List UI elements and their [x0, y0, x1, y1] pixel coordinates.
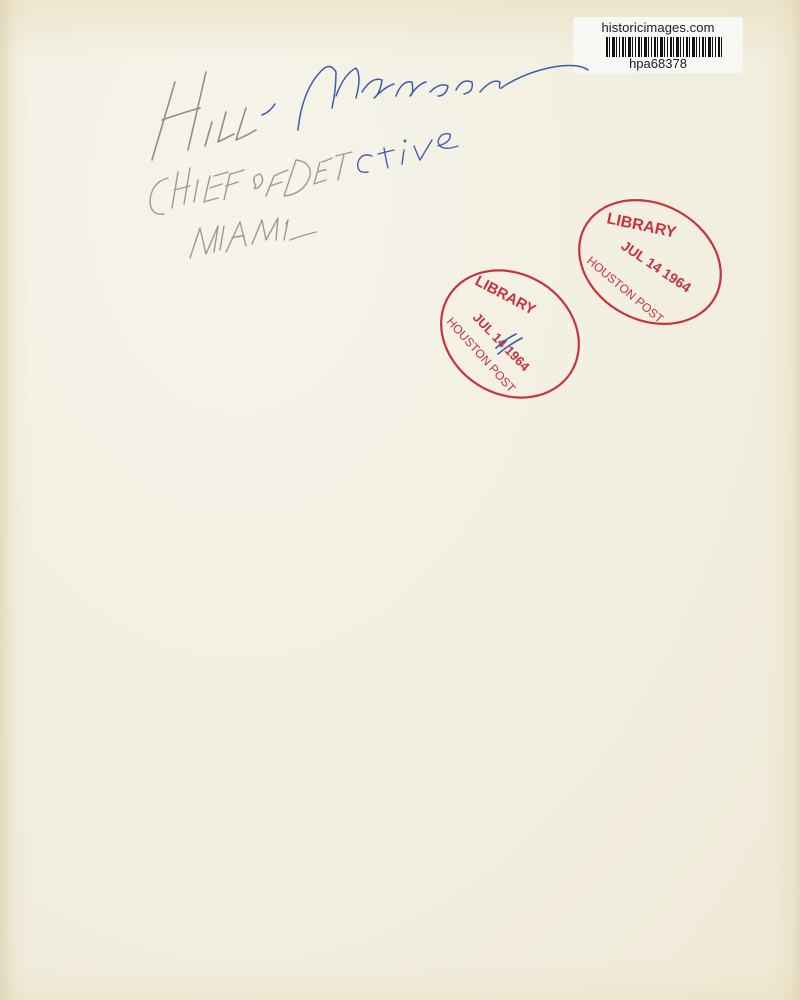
library-stamp-2: LIBRARY JUL 14 1964 HOUSTON POST — [436, 258, 586, 413]
pencil-miami — [190, 218, 316, 258]
stamp-1-top: LIBRARY — [605, 210, 678, 241]
pencil-chief-of-det — [150, 152, 352, 214]
pencil-hill — [152, 72, 256, 160]
ink-manson — [262, 66, 588, 131]
ink-ective — [358, 134, 458, 173]
library-stamp-1: LIBRARY JUL 14 1964 HOUSTON POST — [572, 190, 732, 340]
